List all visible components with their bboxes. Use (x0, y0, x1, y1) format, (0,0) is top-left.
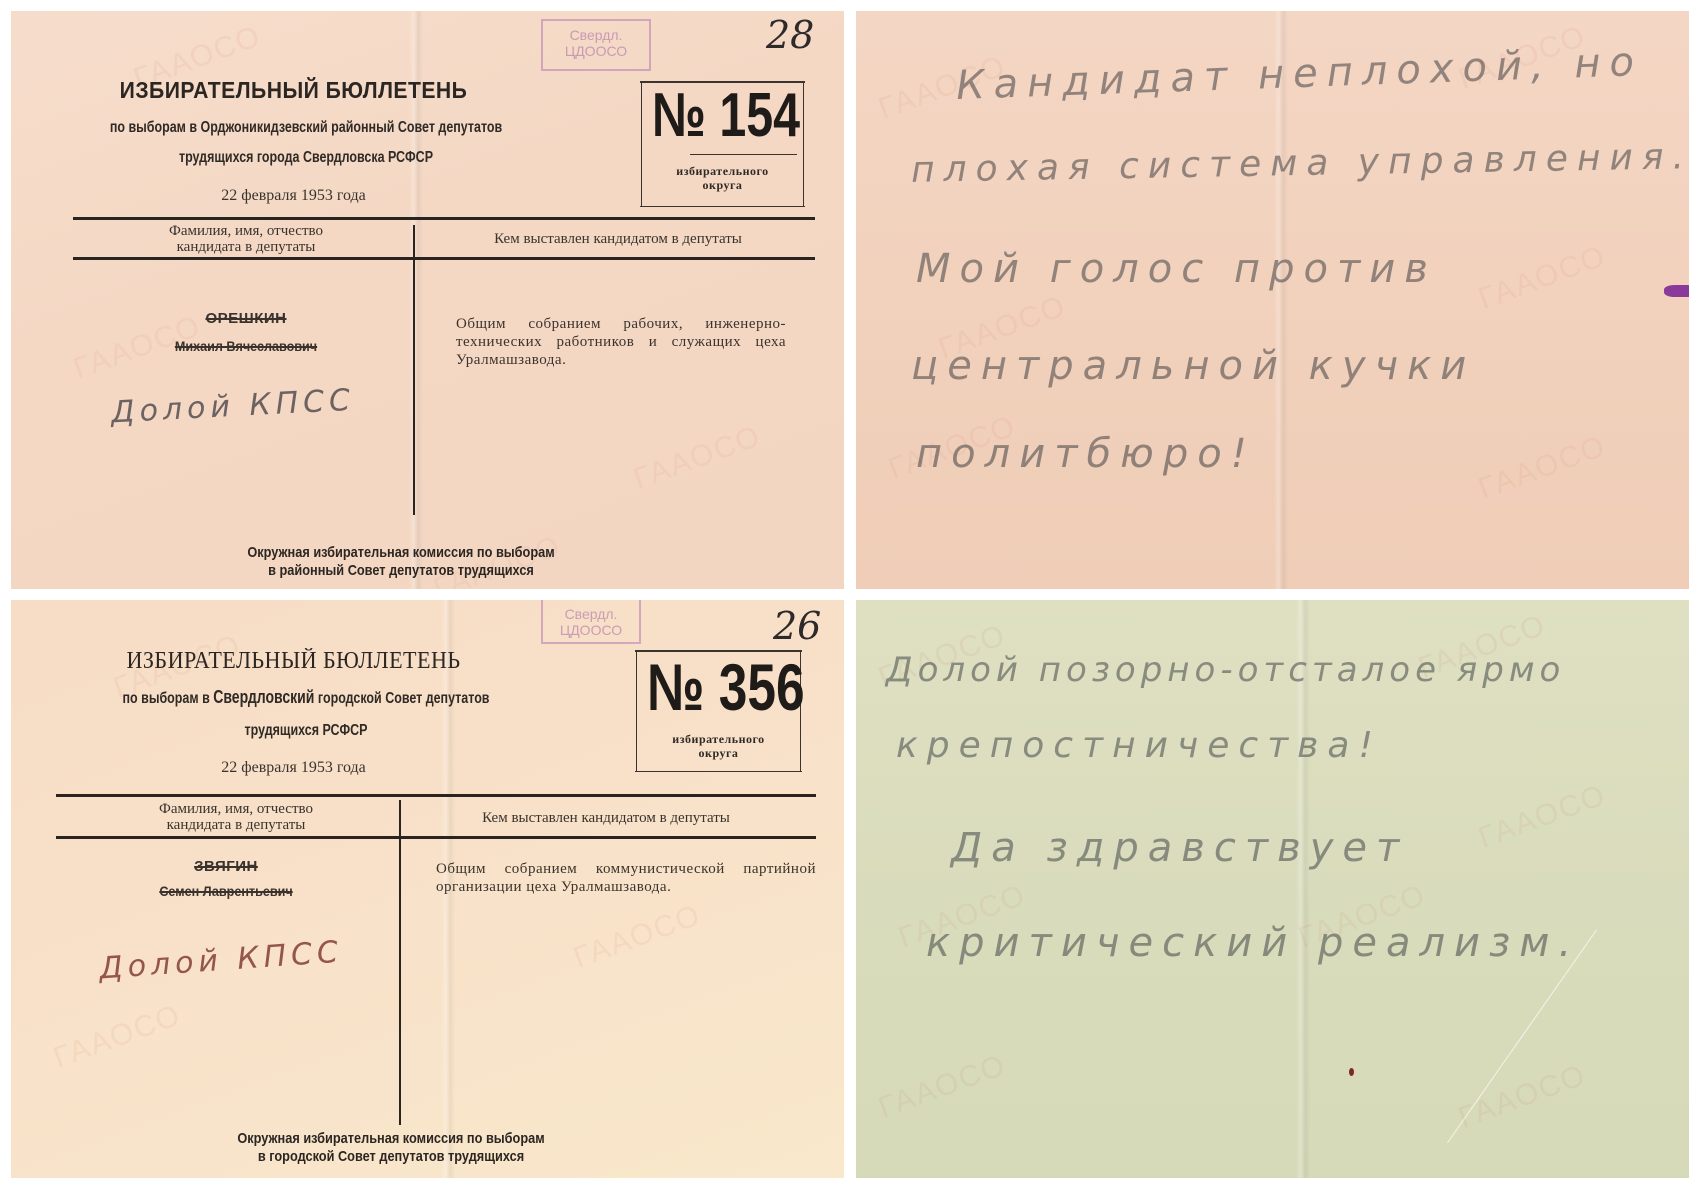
ballot-footer: Окружная избирательная комиссия по выбор… (70, 544, 733, 580)
ballot-date: 22 февраля 1953 года (11, 187, 576, 205)
ballot-date: 22 февраля 1953 года (11, 759, 576, 777)
table-header-rule (56, 836, 816, 839)
district-number-underline (690, 154, 797, 155)
ballot-subtitle-1: по выборам в Орджоникидзевский районный … (76, 119, 536, 137)
watermark: ГААОСО (1474, 778, 1611, 856)
ballot-356: ГААОСО ГААОСО ГААОСО Свердл. ЦДООСО 26 И… (11, 600, 844, 1178)
candidate-surname: ОРЕШКИН (101, 310, 391, 327)
note-reverse-2: ГААОСО ГААОСО ГААОСО ГААОСО ГААОСО ГААОС… (856, 600, 1689, 1178)
handwritten-protest: Долой КПСС (98, 935, 344, 987)
nominator-text: Общим собранием коммунистической партийн… (436, 860, 816, 896)
candidate-given-names: Михаил Вячеславович (116, 338, 377, 354)
column-header-nominator: Кем выставлен кандидатом в депутаты (423, 231, 813, 247)
handwritten-protest: Долой КПСС (110, 383, 356, 431)
watermark: ГААОСО (569, 898, 706, 976)
ink-dot (1349, 1068, 1354, 1076)
district-number-box: № 154 избирательного округа (641, 81, 804, 207)
watermark: ГААОСО (1474, 429, 1611, 507)
archive-page-number: 28 (766, 13, 814, 57)
ballot-footer: Окружная избирательная комиссия по выбор… (68, 1130, 714, 1166)
district-caption: избирательного округа (642, 164, 803, 192)
table-top-rule (56, 794, 816, 797)
table-header-rule (73, 257, 815, 260)
note-line: Кандидат неплохой, но (955, 39, 1643, 109)
note-line: Да здравствует (951, 825, 1408, 871)
ink-mark (1664, 285, 1689, 297)
note-line: политбюро! (916, 431, 1256, 477)
table-column-divider (399, 800, 401, 1125)
note-line: плохая система управления. (911, 136, 1689, 191)
ballot-subtitle-2: трудящихся РСФСР (76, 722, 536, 740)
candidate-surname: ЗВЯГИН (81, 858, 371, 875)
watermark: ГААОСО (1454, 1058, 1591, 1136)
note-line: крепостничества! (896, 725, 1382, 766)
note-line: Мой голос против (916, 246, 1437, 292)
table-top-rule (73, 217, 815, 220)
column-header-candidate: Фамилия, имя, отчество кандидата в депут… (71, 801, 401, 833)
ballot-title: ИЗБИРАТЕЛЬНЫЙ БЮЛЛЕТЕНЬ (34, 648, 554, 675)
column-header-candidate: Фамилия, имя, отчество кандидата в депут… (81, 223, 411, 255)
archive-page-number: 26 (773, 604, 821, 648)
candidate-given-names: Семен Лаврентьевич (96, 883, 357, 899)
district-caption: избирательного округа (637, 732, 800, 760)
district-number: № 356 (647, 654, 805, 720)
note-line: Долой позорно-отсталое ярмо (886, 650, 1565, 690)
note-line: центральной кучки (911, 343, 1475, 389)
district-number-box: № 356 избирательного округа (636, 650, 801, 772)
watermark: ГААОСО (874, 1048, 1011, 1126)
ballot-subtitle-1: по выборам в Свердловский городской Сове… (76, 687, 536, 708)
district-number: № 154 (652, 85, 800, 147)
note-line: критический реализм. (926, 920, 1580, 966)
table-column-divider (413, 225, 415, 515)
watermark: ГААОСО (629, 419, 766, 497)
archive-stamp: Свердл. ЦДООСО (541, 600, 641, 644)
archive-stamp: Свердл. ЦДООСО (541, 19, 651, 71)
note-reverse-1: ГААОСО ГААОСО ГААОСО ГААОСО ГААОСО ГААОС… (856, 11, 1689, 589)
ballot-subtitle-2: трудящихся города Свердловска РСФСР (76, 149, 536, 167)
column-header-nominator: Кем выставлен кандидатом в депутаты (406, 810, 806, 826)
ballot-title: ИЗБИРАТЕЛЬНЫЙ БЮЛЛЕТЕНЬ (34, 77, 554, 104)
watermark: ГААОСО (1474, 239, 1611, 317)
watermark: ГААОСО (49, 998, 186, 1076)
ballot-154: ГААОСО ГААОСО ГААОСО ГААОСО Свердл. ЦДОО… (11, 11, 844, 589)
nominator-text: Общим собранием рабочих, инженерно-техни… (456, 315, 786, 369)
